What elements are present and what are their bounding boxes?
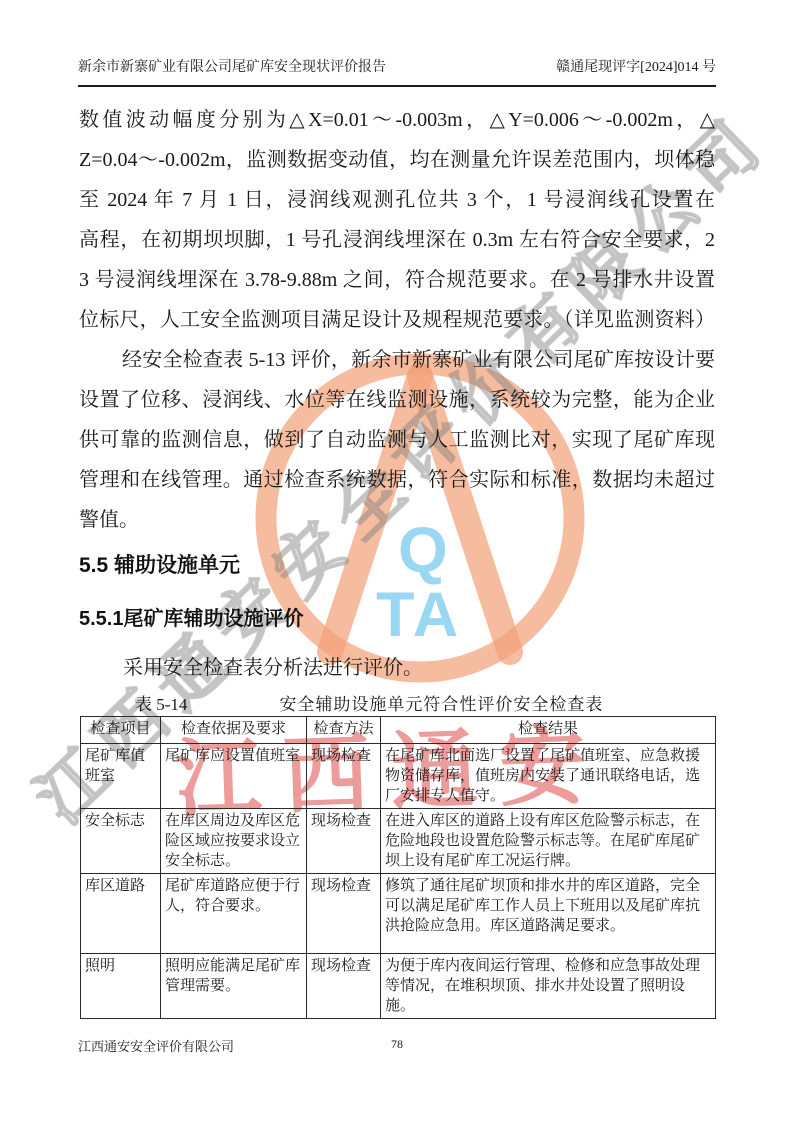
body-line: 至 2024 年 7 月 1 日，浸润线观测孔位共 3 个，1 号浸润线孔设置在…	[79, 180, 715, 220]
cell-item: 照明	[81, 954, 161, 1019]
header-doc-number: 赣通尾现评字[2024]014 号	[556, 56, 716, 76]
body-line: 3 号浸润线埋深在 3.78-9.88m 之间，符合规范要求。在 2 号排水井设…	[79, 260, 715, 300]
cell-result: 为便于库内夜间运行管理、检修和应急事故处理等情况，在堆积坝顶、排水井处设置了照明…	[381, 954, 716, 1019]
col-header-basis: 检查依据及要求	[161, 717, 307, 744]
method-paragraph: 采用安全检查表分析法进行评价。	[79, 651, 715, 680]
col-header-item: 检查项目	[81, 717, 161, 744]
body-line: 数值波动幅度分别为△X=0.01～-0.003m，△Y=0.006～-0.002…	[79, 100, 715, 140]
body-line: 设置了位移、浸润线、水位等在线监测设施，系统较为完整，能为企业提	[79, 380, 715, 420]
cell-method: 现场检查	[307, 874, 381, 954]
table-header-row: 检查项目 检查依据及要求 检查方法 检查结果	[81, 717, 716, 744]
cell-basis: 照明应能满足尾矿库管理需要。	[161, 954, 307, 1019]
body-line: 高程，在初期坝坝脚，1 号孔浸润线埋深在 0.3m 左右符合安全要求，2 号、	[79, 220, 715, 260]
body-line: 经安全检查表 5-13 评价，新余市新寨矿业有限公司尾矿库按设计要求	[79, 340, 715, 380]
body-line: Z=0.04～-0.002m，监测数据变动值，均在测量允许误差范围内，坝体稳定。	[79, 140, 715, 180]
subsection-heading: 5.5.1尾矿库辅助设施评价	[79, 602, 303, 631]
cell-basis: 在库区周边及库区危险区域应按要求设立安全标志。	[161, 809, 307, 874]
cell-basis: 尾矿库应设置值班室	[161, 744, 307, 809]
table-caption: 表 5-14 安全辅助设施单元符合性评价安全检查表	[79, 690, 715, 715]
page-footer: 江西通安安全评价有限公司 78	[78, 1036, 716, 1055]
cell-item: 尾矿库值班室	[81, 744, 161, 809]
body-line: 位标尺，人工安全监测项目满足设计及规程规范要求。（详见监测资料）	[79, 300, 715, 340]
document-page: Q TA 江西通安安全评价有限公司 江西通安 新余市新寨矿业有限公司尾矿库安全现…	[0, 0, 793, 1122]
col-header-method: 检查方法	[307, 717, 381, 744]
table-row: 照明 照明应能满足尾矿库管理需要。 现场检查 为便于库内夜间运行管理、检修和应急…	[81, 954, 716, 1019]
safety-checklist-table: 检查项目 检查依据及要求 检查方法 检查结果 尾矿库值班室 尾矿库应设置值班室 …	[80, 716, 716, 1019]
page-header: 新余市新寨矿业有限公司尾矿库安全现状评价报告 赣通尾现评字[2024]014 号	[78, 56, 716, 87]
table-row: 库区道路 尾矿库道路应便于行人，符合要求。 现场检查 修筑了通往尾矿坝顶和排水井…	[81, 874, 716, 954]
cell-result: 在尾矿库北面选厂设置了尾矿值班室、应急救援物资储存库，值班房内安装了通讯联络电话…	[381, 744, 716, 809]
cell-method: 现场检查	[307, 744, 381, 809]
cell-item: 库区道路	[81, 874, 161, 954]
col-header-result: 检查结果	[381, 717, 716, 744]
page-content: 新余市新寨矿业有限公司尾矿库安全现状评价报告 赣通尾现评字[2024]014 号…	[0, 0, 793, 1122]
table-row: 尾矿库值班室 尾矿库应设置值班室 现场检查 在尾矿库北面选厂设置了尾矿值班室、应…	[81, 744, 716, 809]
table-row: 安全标志 在库区周边及库区危险区域应按要求设立安全标志。 现场检查 在进入库区的…	[81, 809, 716, 874]
table-caption-title: 安全辅助设施单元符合性评价安全检查表	[279, 690, 603, 715]
body-line: 警值。	[79, 500, 715, 540]
table-caption-label: 表 5-14	[135, 690, 187, 715]
body-line: 供可靠的监测信息，做到了自动监测与人工监测比对，实现了尾矿库现场	[79, 420, 715, 460]
header-report-title: 新余市新寨矿业有限公司尾矿库安全现状评价报告	[78, 56, 386, 76]
page-number: 78	[78, 1037, 716, 1052]
section-heading: 5.5 辅助设施单元	[79, 549, 240, 579]
cell-method: 现场检查	[307, 809, 381, 874]
body-line: 管理和在线管理。通过检查系统数据，符合实际和标准，数据均未超过预	[79, 460, 715, 500]
body-text: 数值波动幅度分别为△X=0.01～-0.003m，△Y=0.006～-0.002…	[79, 100, 715, 540]
cell-method: 现场检查	[307, 954, 381, 1019]
cell-item: 安全标志	[81, 809, 161, 874]
cell-result: 修筑了通往尾矿坝顶和排水井的库区道路，完全可以满足尾矿库工作人员上下班用以及尾矿…	[381, 874, 716, 954]
cell-basis: 尾矿库道路应便于行人，符合要求。	[161, 874, 307, 954]
cell-result: 在进入库区的道路上设有库区危险警示标志，在危险地段也设置危险警示标志等。在尾矿库…	[381, 809, 716, 874]
